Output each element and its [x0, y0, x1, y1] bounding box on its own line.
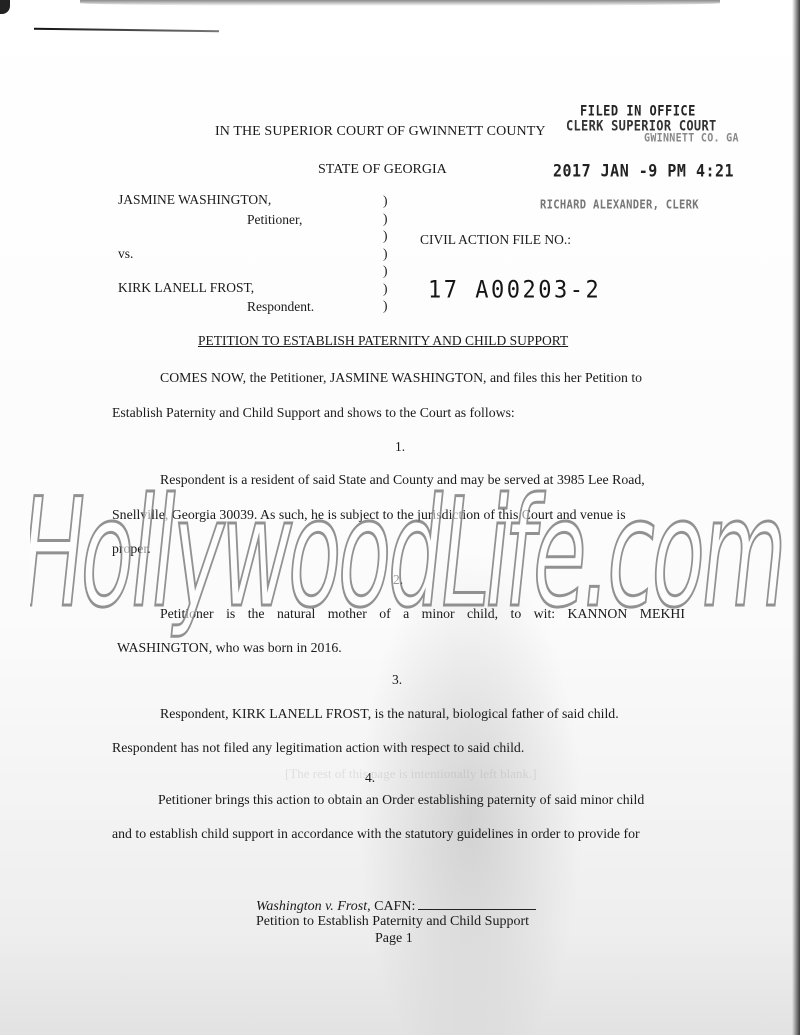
section-line: Snellville, Georgia 30039. As such, he i… — [112, 507, 626, 523]
stamp-filed-in-office: FILED IN OFFICE — [580, 103, 696, 119]
bleed-through-text: [The rest of this page is intentionally … — [285, 766, 537, 782]
petitioner-role: Petitioner, — [247, 212, 302, 228]
caption-bracket: ) — [383, 246, 388, 262]
case-number: 17 A00203-2 — [428, 277, 601, 305]
court-name-heading: IN THE SUPERIOR COURT OF GWINNETT COUNTY — [215, 124, 546, 140]
section-line: proper. — [112, 541, 151, 557]
scan-corner-mark — [0, 0, 10, 14]
section-line: Respondent has not filed any legitimatio… — [112, 740, 524, 756]
caption-bracket: ) — [383, 228, 388, 244]
footer-cafn-label: , CAFN: — [367, 899, 415, 914]
stamp-clerk-name: RICHARD ALEXANDER, CLERK — [540, 198, 699, 212]
section-line: Respondent is a resident of said State a… — [160, 472, 645, 488]
footer-case-style: Washington v. Frost, CAFN: — [256, 897, 536, 915]
versus-label: vs. — [118, 246, 133, 262]
section-line: WASHINGTON, who was born in 2016. — [117, 640, 342, 656]
intro-line: Establish Paternity and Child Support an… — [112, 405, 515, 421]
page-edge-shadow — [792, 0, 800, 1035]
section-line: Petitioner brings this action to obtain … — [158, 792, 644, 808]
footer-title: Petition to Establish Paternity and Chil… — [256, 914, 529, 930]
stamp-county: GWINNETT CO. GA — [644, 132, 739, 145]
document-page: FILED IN OFFICE CLERK SUPERIOR COURT GWI… — [0, 0, 800, 1035]
caption-bracket: ) — [383, 211, 388, 227]
scan-shadow — [80, 0, 720, 6]
top-rule-line — [34, 28, 219, 33]
section-line: and to establish child support in accord… — [112, 826, 640, 842]
caption-bracket: ) — [383, 263, 388, 279]
caption-bracket: ) — [383, 193, 388, 209]
stamp-filing-date: 2017 JAN -9 PM 4:21 — [553, 161, 734, 182]
cafn-blank-line — [418, 897, 536, 910]
section-line: Petitioner is the natural mother of a mi… — [160, 606, 685, 622]
caption-bracket: ) — [383, 281, 388, 297]
section-number: 4. — [365, 770, 375, 786]
civil-action-label: CIVIL ACTION FILE NO.: — [420, 232, 571, 248]
state-heading: STATE OF GEORGIA — [318, 162, 447, 178]
section-line: Respondent, KIRK LANELL FROST, is the na… — [160, 706, 619, 722]
respondent-role: Respondent. — [247, 299, 314, 315]
petitioner-name: JASMINE WASHINGTON, — [118, 192, 271, 208]
section-number: 3. — [392, 672, 402, 688]
footer-page-number: Page 1 — [375, 931, 413, 947]
intro-line: COMES NOW, the Petitioner, JASMINE WASHI… — [160, 370, 642, 386]
respondent-name: KIRK LANELL FROST, — [118, 280, 254, 296]
footer-case-name: Washington v. Frost — [256, 899, 367, 914]
caption-bracket: ) — [383, 298, 388, 314]
section-number: 2. — [393, 572, 403, 588]
document-title: PETITION TO ESTABLISH PATERNITY AND CHIL… — [198, 333, 568, 349]
section-number: 1. — [395, 439, 405, 455]
